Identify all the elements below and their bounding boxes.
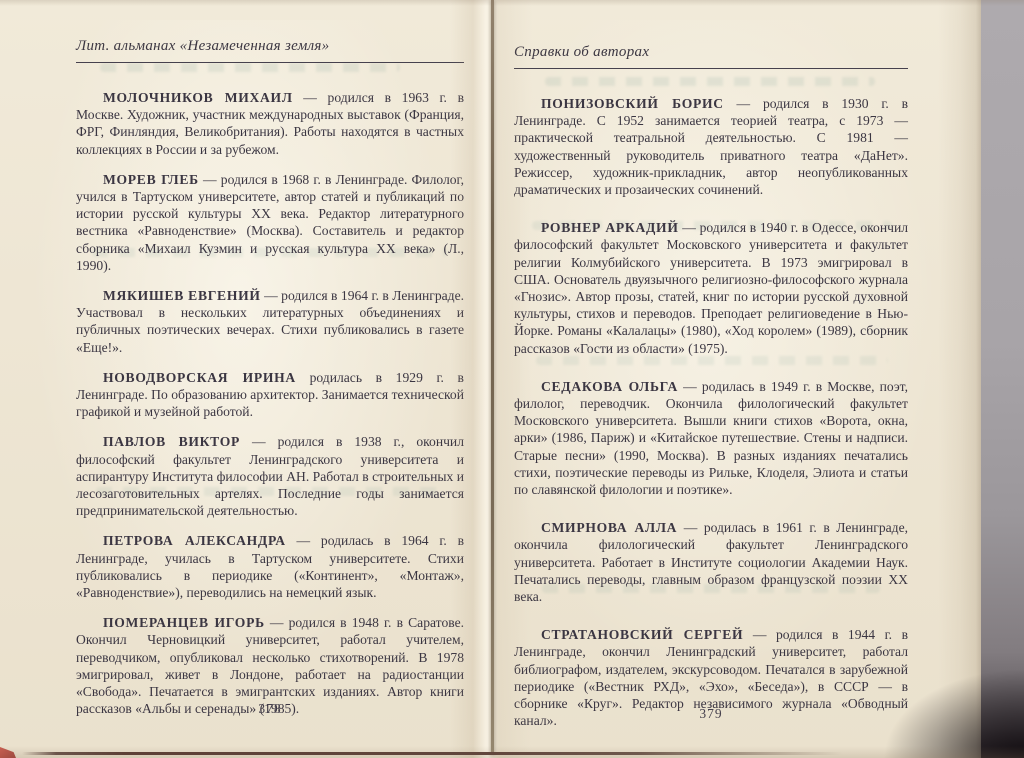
author-separator: — [293, 90, 328, 105]
page-number-right: 379 [514, 706, 908, 722]
author-entry: НОВОДВОРСКАЯ ИРИНА родилась в 1929 г. в … [76, 369, 464, 421]
author-separator: — [240, 434, 278, 449]
author-name: МОРЕВ ГЛЕБ [103, 172, 199, 187]
author-separator [296, 370, 310, 385]
author-entry: МОРЕВ ГЛЕБ — родился в 1968 г. в Ленингр… [76, 171, 464, 274]
book-bottom-edge-line [22, 752, 877, 755]
author-name: ПЕТРОВА АЛЕКСАНДРА [103, 533, 286, 548]
author-name: НОВОДВОРСКАЯ ИРИНА [103, 370, 296, 385]
spine-shadow-line [491, 0, 494, 755]
author-bio: родилась в 1949 г. в Москве, поэт, филол… [514, 379, 908, 497]
author-separator: — [286, 533, 321, 548]
author-separator: — [677, 520, 704, 535]
author-bio: родился в 1930 г. в Ленинграде. С 1952 з… [514, 96, 908, 197]
author-separator: — [679, 220, 700, 235]
author-name: РОВНЕР АРКАДИЙ [541, 220, 679, 235]
author-entry: ПАВЛОВ ВИКТОР — родился в 1938 г., оконч… [76, 433, 464, 519]
page-stack-edge [938, 0, 982, 758]
author-entry: СМИРНОВА АЛЛА — родилась в 1961 г. в Лен… [514, 519, 908, 605]
author-separator: — [199, 172, 221, 187]
author-separator: — [724, 96, 763, 111]
book-scan: Лит. альманах «Незамеченная земля» МОЛОЧ… [0, 0, 1024, 758]
right-page: Справки об авторах ПОНИЗОВСКИЙ БОРИС — р… [514, 44, 908, 730]
author-separator: — [743, 627, 776, 642]
author-entry: МЯКИШЕВ ЕВГЕНИЙ — родился в 1964 г. в Ле… [76, 287, 464, 356]
author-separator: — [678, 379, 702, 394]
author-entries-right: ПОНИЗОВСКИЙ БОРИС — родился в 1930 г. в … [514, 95, 908, 730]
scanner-background [981, 0, 1024, 758]
author-name: МЯКИШЕВ ЕВГЕНИЙ [103, 288, 261, 303]
author-name: МОЛОЧНИКОВ МИХАИЛ [103, 90, 293, 105]
author-entry: ПОНИЗОВСКИЙ БОРИС — родился в 1930 г. в … [514, 95, 908, 198]
page-number-left: 378 [76, 701, 464, 717]
author-name: ПАВЛОВ ВИКТОР [103, 434, 240, 449]
author-entries-left: МОЛОЧНИКОВ МИХАИЛ — родился в 1963 г. в … [76, 89, 464, 718]
author-entry: ПЕТРОВА АЛЕКСАНДРА — родилась в 1964 г. … [76, 532, 464, 601]
author-name: СТРАТАНОВСКИЙ СЕРГЕЙ [541, 627, 743, 642]
left-page: Лит. альманах «Незамеченная земля» МОЛОЧ… [76, 38, 464, 718]
running-header-left: Лит. альманах «Незамеченная земля» [76, 38, 464, 63]
author-name: СМИРНОВА АЛЛА [541, 520, 677, 535]
author-name: ПОНИЗОВСКИЙ БОРИС [541, 96, 724, 111]
running-header-right: Справки об авторах [514, 44, 908, 69]
author-separator: — [261, 288, 281, 303]
top-edge-shadow [0, 0, 1024, 6]
author-name: СЕДАКОВА ОЛЬГА [541, 379, 678, 394]
author-entry: МОЛОЧНИКОВ МИХАИЛ — родился в 1963 г. в … [76, 89, 464, 158]
author-bio: родился в 1940 г. в Одессе, окончил фило… [514, 220, 908, 355]
author-entry: РОВНЕР АРКАДИЙ — родился в 1940 г. в Оде… [514, 219, 908, 357]
author-separator: — [265, 615, 289, 630]
author-entry: СЕДАКОВА ОЛЬГА — родилась в 1949 г. в Мо… [514, 378, 908, 498]
author-name: ПОМЕРАНЦЕВ ИГОРЬ [103, 615, 265, 630]
